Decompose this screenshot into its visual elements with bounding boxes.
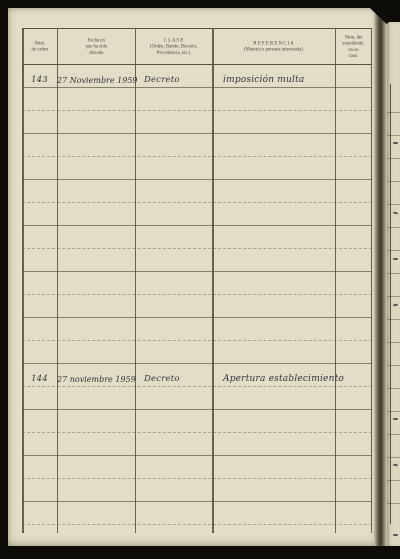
table-row — [22, 88, 372, 111]
cell-num — [22, 479, 57, 501]
register-page: Núm. de orden Fecha en que ha sido dicta… — [8, 8, 374, 547]
cell-num — [22, 387, 57, 409]
cell-clase — [135, 226, 212, 248]
cell-num — [22, 456, 57, 478]
cell-fecha — [57, 456, 135, 478]
cell-expediente — [335, 249, 372, 271]
handwritten-text: Decreto — [144, 374, 180, 386]
cell-fecha — [57, 88, 135, 110]
cell-fecha — [57, 387, 135, 409]
cell-fecha — [57, 272, 135, 294]
cell-fecha — [57, 410, 135, 432]
cell-referencia — [212, 88, 335, 110]
handwritten-text: Decreto — [144, 75, 180, 87]
handwritten-text: imposición multa — [223, 75, 304, 87]
cell-num — [22, 433, 57, 455]
cell-referencia — [212, 318, 335, 340]
cell-clase — [135, 410, 212, 432]
cell-expediente — [335, 134, 372, 156]
cell-fecha — [57, 157, 135, 179]
binding-gutter — [374, 8, 387, 546]
table-body: 14327 Noviembre 1959Decretoimposición mu… — [22, 65, 372, 525]
cell-expediente — [335, 433, 372, 455]
cell-expediente — [335, 341, 372, 363]
cell-referencia — [212, 433, 335, 455]
cell-referencia: imposición multa — [212, 65, 335, 87]
cell-expediente — [335, 456, 372, 478]
table-row — [22, 272, 372, 295]
cell-fecha — [57, 249, 135, 271]
cell-expediente — [335, 65, 372, 87]
table-row — [22, 134, 372, 157]
cell-clase — [135, 387, 212, 409]
table-row — [22, 479, 372, 502]
cell-expediente — [335, 364, 372, 386]
table-row — [22, 226, 372, 249]
cell-clase — [135, 479, 212, 501]
cell-expediente — [335, 387, 372, 409]
cell-clase: Decreto — [135, 364, 212, 386]
cell-expediente — [335, 226, 372, 248]
cell-num — [22, 180, 57, 202]
handwritten-text: Apertura establecimiento — [223, 374, 344, 386]
cell-clase — [135, 88, 212, 110]
table-header-row: Núm. de orden Fecha en que ha sido dicta… — [22, 28, 372, 65]
cell-referencia — [212, 157, 335, 179]
cell-clase — [135, 272, 212, 294]
table-row — [22, 157, 372, 180]
cell-expediente — [335, 272, 372, 294]
cell-num: 143 — [22, 65, 57, 87]
next-page-vline — [390, 84, 391, 524]
cell-fecha: 27 noviembre 1959 — [57, 364, 135, 386]
header-fecha-label: Fecha en que ha sido dictado — [57, 37, 134, 56]
cell-fecha — [57, 318, 135, 340]
handwritten-text: 143 — [31, 75, 48, 87]
header-fecha: Fecha en que ha sido dictado — [57, 29, 135, 64]
cell-num — [22, 157, 57, 179]
cell-num — [22, 318, 57, 340]
cell-num — [22, 88, 57, 110]
cell-num — [22, 295, 57, 317]
cell-referencia — [212, 456, 335, 478]
register-table: Núm. de orden Fecha en que ha sido dicta… — [22, 28, 372, 533]
cell-referencia — [212, 341, 335, 363]
header-num-orden: Núm. de orden — [22, 29, 57, 64]
handwritten-text: 27 noviembre 1959 — [57, 375, 136, 386]
cell-referencia — [212, 203, 335, 225]
cell-expediente — [335, 203, 372, 225]
cell-clase — [135, 203, 212, 225]
table-row — [22, 341, 372, 364]
header-clase-label: C L A S E (Orden, Bando, Decreto, Provid… — [135, 37, 211, 56]
cell-clase: Decreto — [135, 65, 212, 87]
cell-referencia — [212, 226, 335, 248]
table-row — [22, 111, 372, 134]
handwritten-text: 27 Noviembre 1959 — [57, 76, 138, 87]
cell-expediente — [335, 180, 372, 202]
cell-clase — [135, 111, 212, 133]
cell-referencia — [212, 134, 335, 156]
header-clase: C L A S E (Orden, Bando, Decreto, Provid… — [135, 29, 212, 64]
table-row — [22, 203, 372, 226]
table-row — [22, 456, 372, 479]
cell-clase — [135, 318, 212, 340]
scan-bottom-border — [0, 546, 400, 559]
cell-fecha — [57, 502, 135, 524]
cell-num — [22, 226, 57, 248]
cell-expediente — [335, 295, 372, 317]
cell-num — [22, 341, 57, 363]
cell-clase — [135, 502, 212, 524]
cell-fecha: 27 Noviembre 1959 — [57, 65, 135, 87]
cell-clase — [135, 180, 212, 202]
cell-num — [22, 134, 57, 156]
cell-clase — [135, 341, 212, 363]
cell-fecha — [57, 111, 135, 133]
cell-referencia — [212, 111, 335, 133]
table-row — [22, 249, 372, 272]
cell-expediente — [335, 410, 372, 432]
cell-expediente — [335, 88, 372, 110]
cell-referencia — [212, 295, 335, 317]
cell-referencia — [212, 502, 335, 524]
cell-clase — [135, 433, 212, 455]
cell-fecha — [57, 203, 135, 225]
cell-clase — [135, 157, 212, 179]
next-page-sliver — [387, 22, 400, 546]
header-num-orden-label: Núm. de orden — [22, 40, 57, 52]
table-row — [22, 180, 372, 203]
cell-fecha — [57, 341, 135, 363]
cell-fecha — [57, 134, 135, 156]
table-row — [22, 295, 372, 318]
cell-referencia — [212, 387, 335, 409]
cell-clase — [135, 134, 212, 156]
table-row — [22, 387, 372, 410]
cell-num — [22, 203, 57, 225]
handwritten-text: 144 — [31, 374, 48, 386]
cell-clase — [135, 295, 212, 317]
cell-fecha — [57, 433, 135, 455]
handwriting-fragment — [393, 418, 398, 420]
handwriting-fragment — [393, 142, 398, 144]
table-row — [22, 318, 372, 341]
header-referencia: R E F E R E N C I A (Materia o persona i… — [212, 29, 335, 64]
table-row — [22, 433, 372, 456]
cell-referencia — [212, 272, 335, 294]
cell-expediente — [335, 157, 372, 179]
cell-expediente — [335, 479, 372, 501]
handwriting-fragment — [393, 534, 398, 536]
cell-num — [22, 410, 57, 432]
cell-num — [22, 272, 57, 294]
cell-referencia — [212, 410, 335, 432]
cell-clase — [135, 456, 212, 478]
cell-num — [22, 111, 57, 133]
header-expediente-label: Núm. del expediente, en su caso. — [335, 34, 372, 59]
table-row — [22, 410, 372, 433]
handwriting-fragment — [393, 258, 398, 260]
cell-expediente — [335, 111, 372, 133]
cell-fecha — [57, 295, 135, 317]
cell-num: 144 — [22, 364, 57, 386]
table-row: 14427 noviembre 1959DecretoApertura esta… — [22, 364, 372, 387]
scanned-register-screenshot: Núm. de orden Fecha en que ha sido dicta… — [0, 0, 400, 559]
header-referencia-label: R E F E R E N C I A (Materia o persona i… — [213, 40, 335, 52]
cell-num — [22, 249, 57, 271]
table-row — [22, 502, 372, 525]
table-row: 14327 Noviembre 1959Decretoimposición mu… — [22, 65, 372, 88]
cell-referencia: Apertura establecimiento — [212, 364, 335, 386]
cell-expediente — [335, 318, 372, 340]
cell-fecha — [57, 479, 135, 501]
cell-clase — [135, 249, 212, 271]
cell-fecha — [57, 180, 135, 202]
header-expediente: Núm. del expediente, en su caso. — [335, 29, 372, 64]
cell-referencia — [212, 180, 335, 202]
cell-num — [22, 502, 57, 524]
cell-expediente — [335, 502, 372, 524]
cell-referencia — [212, 249, 335, 271]
cell-referencia — [212, 479, 335, 501]
cell-fecha — [57, 226, 135, 248]
